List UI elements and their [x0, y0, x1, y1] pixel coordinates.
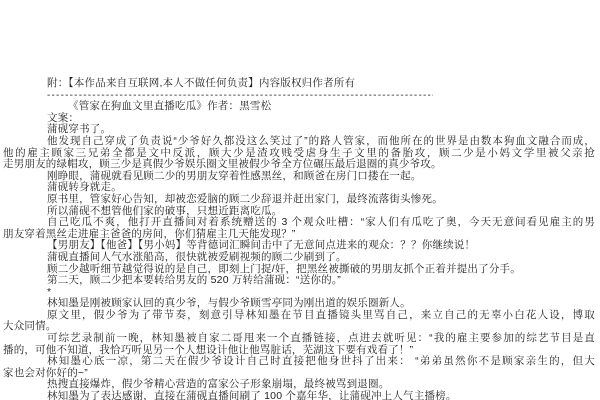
- body-line: 原书里，管家好心告知，却被恋爱脑的顾二少辞退并赶出家门，最终流落街头惨死。: [3, 194, 595, 206]
- body-line: 蒲砚直播间人气水涨船高，很快就被爱刷视频的顾二少刷到了。: [3, 252, 595, 264]
- body-line: 第二天，顾二少把本要转给男友的 520 万转给蒲砚：“送你的。”: [3, 275, 595, 287]
- body-line: 原文里，假少爷为了带节奏，刻意引导林知墨在节目直播镜头里骂自己，来立自己的无辜小…: [3, 310, 595, 322]
- body-line: 他发现自己穿成了负责说“少爷好久都没这么笑过了”的路人管家，而他所在的世界是由数…: [3, 136, 595, 148]
- body-line: 林知墨心底一凉，第二天在假少爷设计自己时直接把他身世抖了出来： “弟弟虽然你不是…: [3, 356, 595, 368]
- page: 附：【本作品来自互联网,本人不做任何负责】内容版权归作者所有----------…: [0, 0, 600, 400]
- title-author-line: 《管家在狗血文里直播吃瓜》作者：黑雪松: [3, 101, 595, 113]
- body-line: 自己吃瓜不爽，他打开直播间对着系统赠送的 3 个观众吐槽：“家人们有瓜吃了奥，今…: [3, 217, 595, 229]
- disclaimer-line: 附：【本作品来自互联网,本人不做任何负责】内容版权归作者所有: [3, 78, 595, 90]
- body-line: 走男朋友的绿帽攻，顾三少是真假少爷娱乐圈文里被假少爷全方位碾压最后退圈的真少爷攻…: [3, 159, 595, 171]
- body-line: 林知墨为了表达感谢，直接在蒲砚直播间刷了 100 个嘉年华，让蒲砚冲上人气主播榜…: [3, 391, 595, 400]
- document-body: 附：【本作品来自互联网,本人不做任何负责】内容版权归作者所有----------…: [3, 78, 595, 400]
- body-line: 可综艺录制前一晚，林知墨被自家二哥甩来一个直播链接，点进去就听见：“我的雇主要参…: [3, 333, 595, 345]
